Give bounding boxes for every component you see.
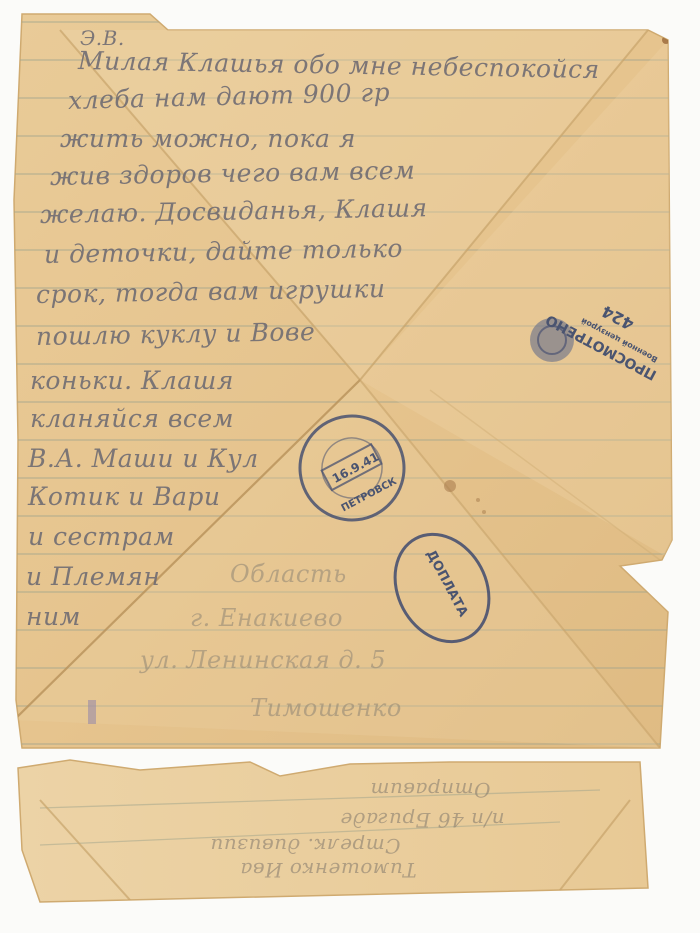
address-line: ул. Ленинская д. 5 (140, 646, 386, 674)
bottom-line: Стрелк. дивизии (210, 834, 401, 858)
letter-line: ним (26, 602, 81, 631)
letter-line: и сестрам (28, 522, 175, 551)
bottom-line: п/п 46 Бригаде (340, 808, 505, 832)
bottom-line: Тимошенко Ива (240, 858, 417, 882)
letter-line: В.А. Маши и Кул (28, 444, 259, 473)
letter-line: жить можно, пока я (60, 124, 356, 153)
address-line: Тимошенко (250, 694, 402, 722)
letter-line: коньки. Клашя (30, 366, 234, 395)
letter-line: пошлю куклу и Вове (36, 317, 316, 351)
bottom-line: Отправит (370, 778, 490, 802)
letter-line: Котик и Вари (28, 482, 221, 511)
address-line: г. Енакиево (190, 604, 343, 632)
letter-line: срок, тогда вам игрушки (36, 274, 386, 309)
letter-line: и Племян (26, 562, 160, 591)
letter-line: кланяйся всем (30, 404, 234, 433)
address-line: Область (230, 560, 347, 588)
